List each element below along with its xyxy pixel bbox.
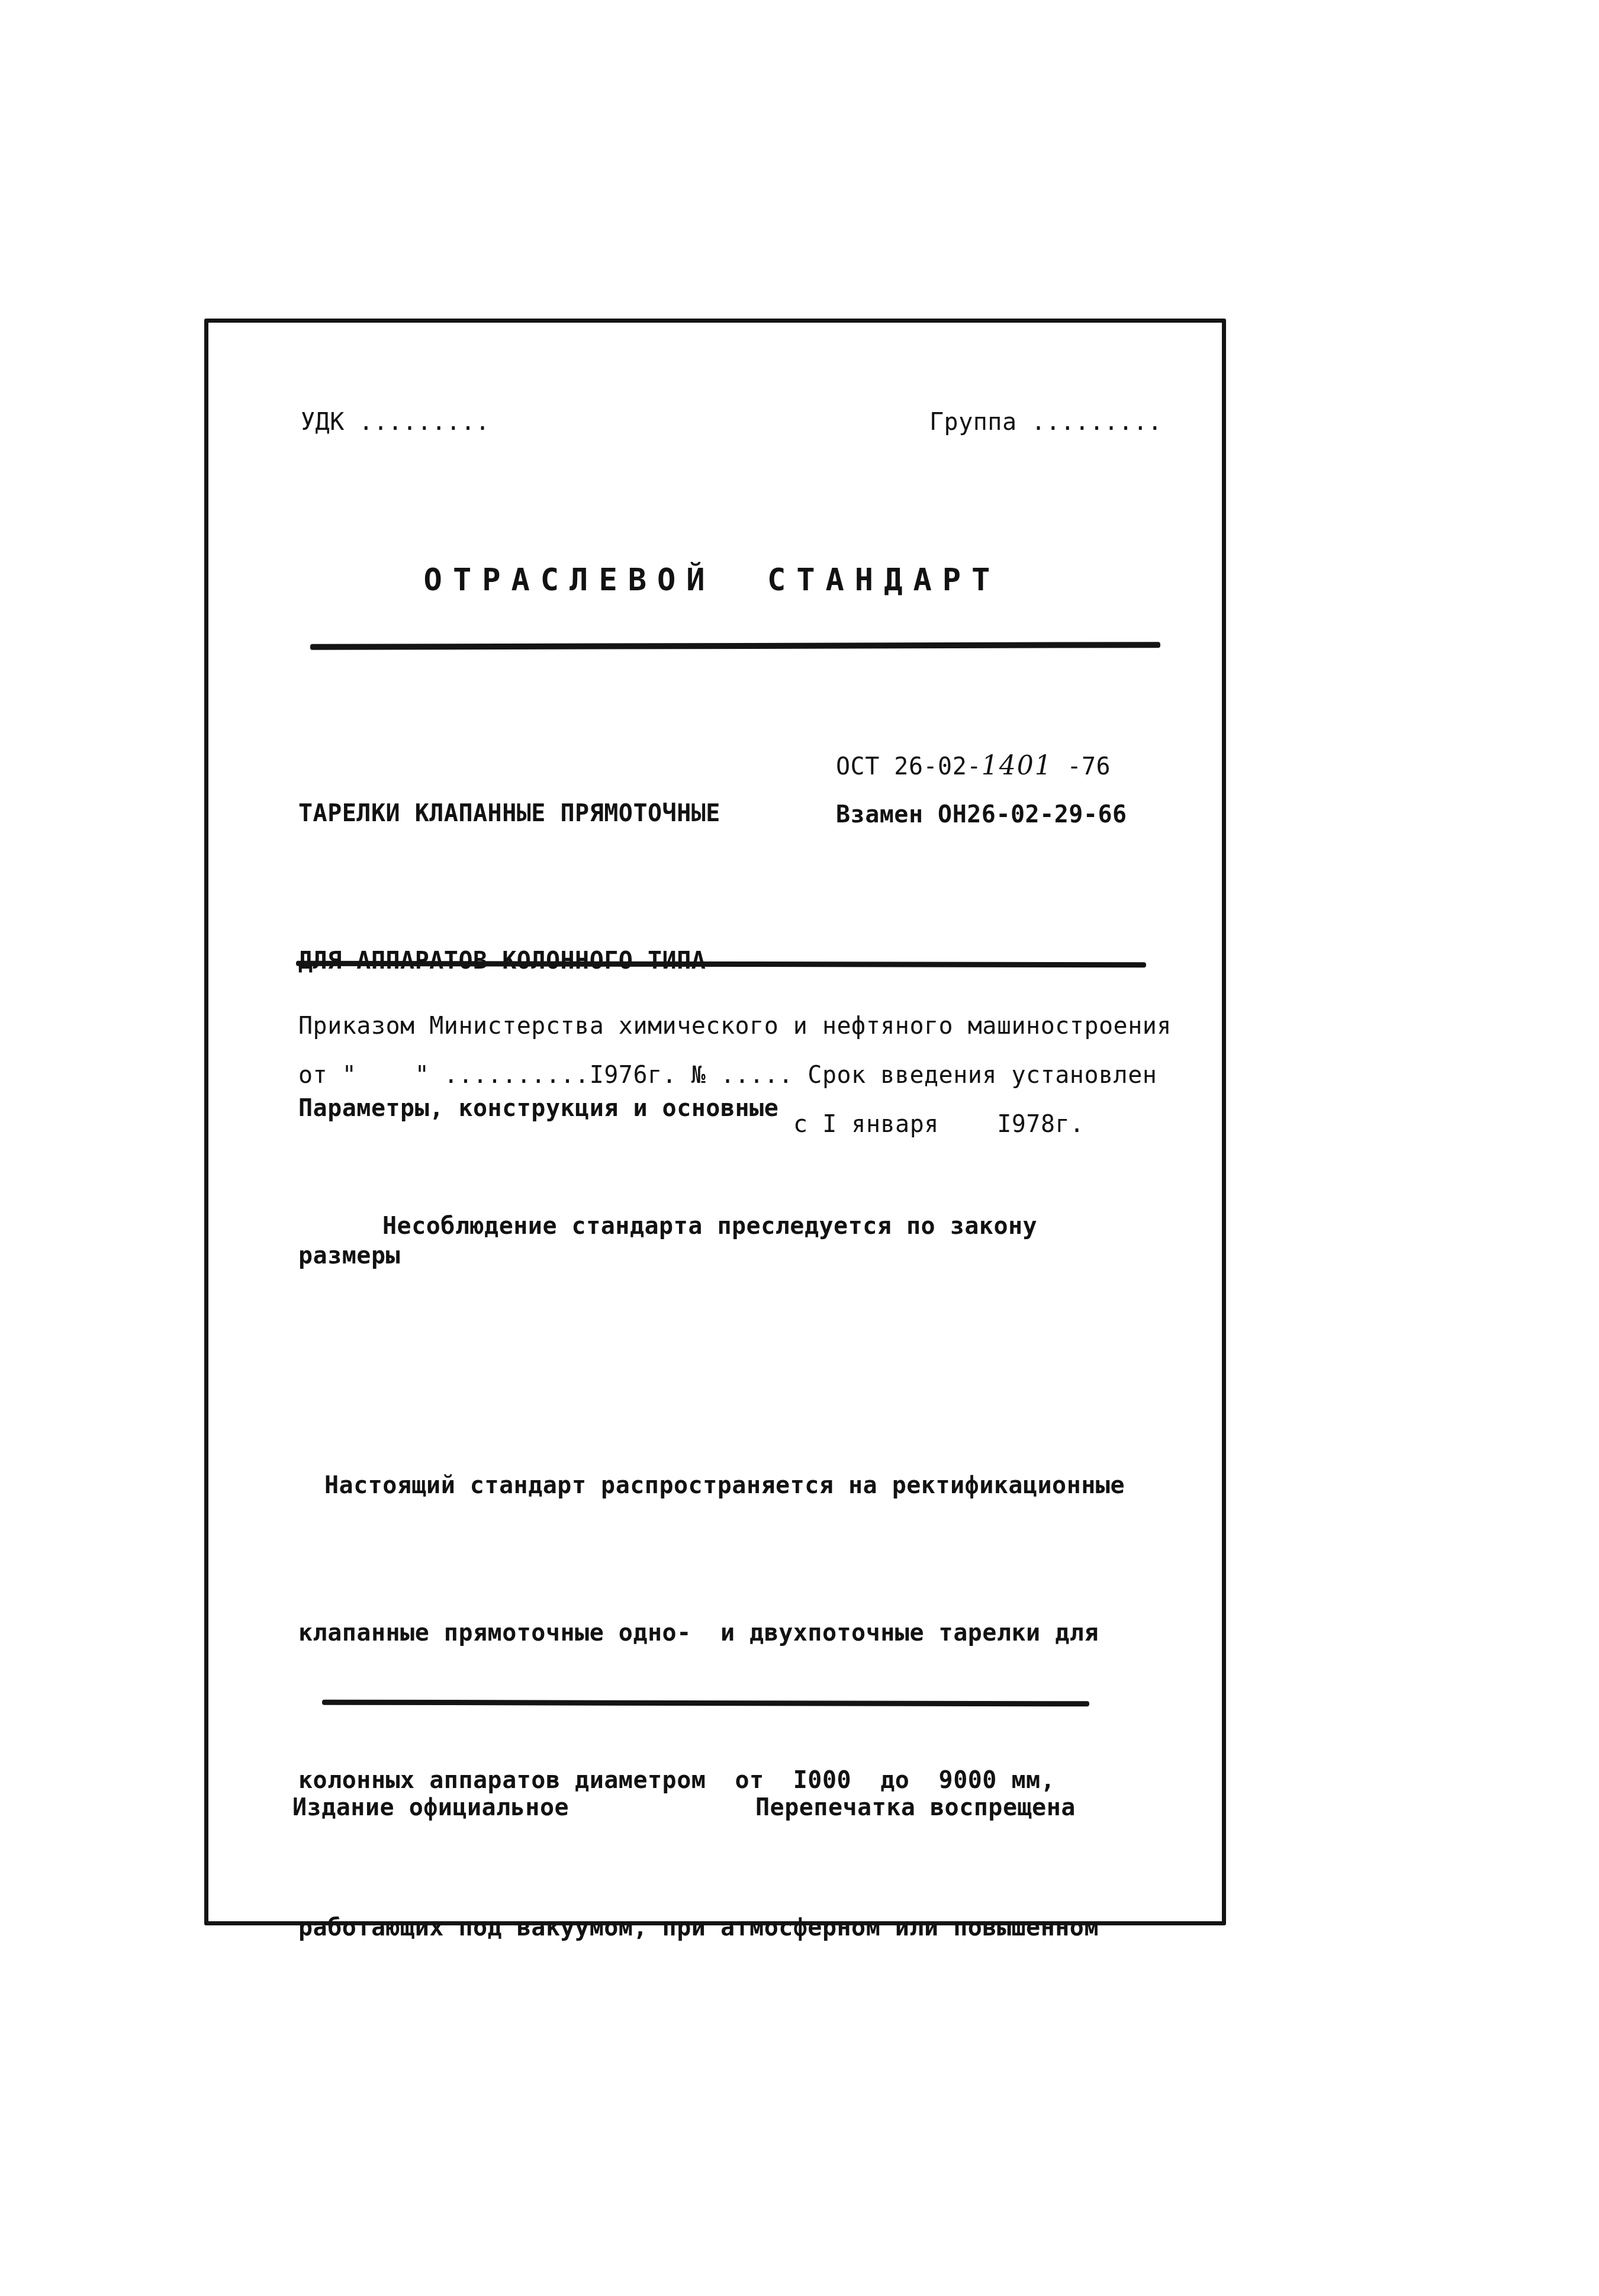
subject-line-1: ТАРЕЛКИ КЛАПАННЫЕ ПРЯМОТОЧНЫЕ [298, 789, 778, 838]
scanned-standard-page: { "colors": { "ink": "#121212", "paper":… [0, 0, 1599, 2296]
replaces-designation: Взамен ОН26-02-29-66 [836, 790, 1127, 840]
order-line-2: от " " ..........I976г. № ..... Срок вве… [298, 1051, 1157, 1100]
group-label: Группа ......... [929, 398, 1162, 447]
scope-line-1: Настоящий стандарт распространяется на р… [298, 1461, 1125, 1510]
order-line-1: Приказом Министерства химического и нефт… [298, 1002, 1172, 1051]
scope-line-2: клапанные прямоточные одно- и двухпоточн… [298, 1609, 1125, 1658]
udk-label: УДК ......... [301, 398, 490, 447]
scope-line-4: работающих под вакуумом, при атмосферном… [298, 1903, 1125, 1953]
order-line-3: с I января I978г. [793, 1100, 1085, 1149]
ost-designation-handwritten-number: 1401 [982, 751, 1053, 781]
ost-designation: ОСТ 26-02-1401 -76 [836, 741, 1111, 792]
ost-designation-prefix: ОСТ 26-02- [836, 753, 982, 780]
standard-type-title: ОТРАСЛЕВОЙ СТАНДАРТ [250, 562, 1174, 598]
law-notice: Несоблюдение стандарта преследуется по з… [382, 1202, 1037, 1251]
edition-note: Издание официальное [292, 1783, 569, 1832]
scope-paragraph: Настоящий стандарт распространяется на р… [298, 1363, 1125, 2002]
reprint-note: Перепечатка воспрещена [755, 1783, 1076, 1832]
ost-designation-suffix: -76 [1053, 753, 1111, 780]
